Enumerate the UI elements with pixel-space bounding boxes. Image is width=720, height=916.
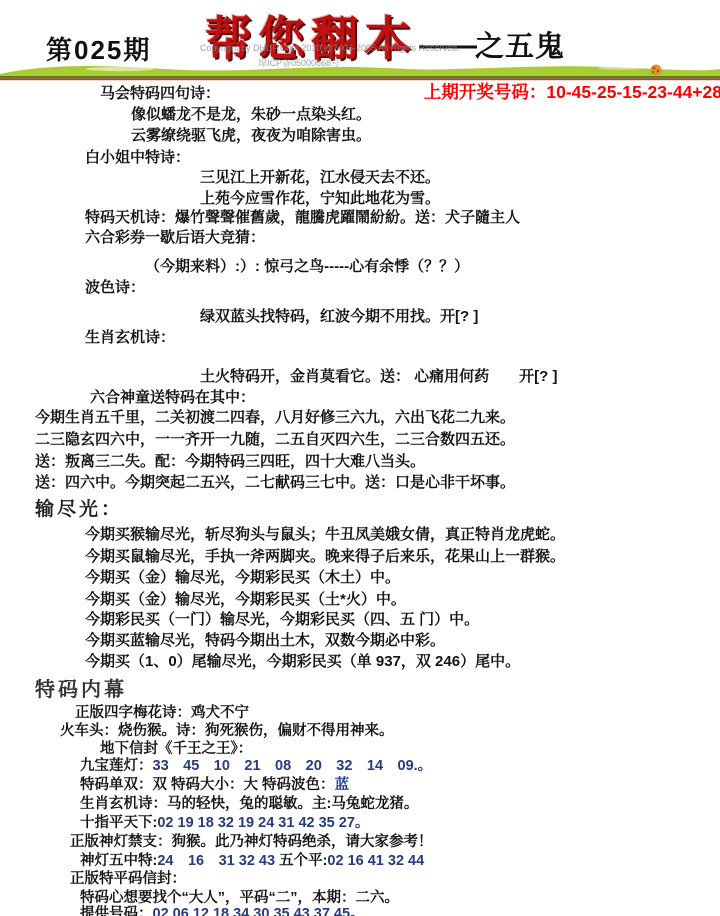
bai-poem-label: 白小姐中特诗： — [85, 146, 190, 167]
shujinguang-line: 今期买鼠输尽光，手执一斧两脚夹。晚来得子后来乐，花果山上一群猴。 — [85, 545, 565, 566]
shizhi-line: 十指平天下:02 19 18 32 19 24 31 42 35 27。 — [80, 811, 369, 832]
danshuang-label: 特码单双：双 特码大小：大 特码波色： — [80, 777, 335, 793]
bai-poem-line: 上苑今应雪作花，宁知此地花为雪。 — [200, 187, 440, 208]
shizhi-label: 十指平天下: — [80, 815, 157, 831]
tianji-poem-line: 特码天机诗：爆竹聲聲催舊歲，龍騰虎躍鬧紛紛。送：犬子隨主人 — [85, 206, 520, 227]
tepingma-heading-line: 正版特平码信封： — [70, 867, 186, 888]
jiubao-label: 九宝莲灯： — [80, 758, 153, 774]
xiehouyu-label: 六合彩券一歇后语大竞猜： — [85, 226, 265, 247]
shengxiao2-line: 生肖玄机诗：马的轻快，兔的聪敏。主:马兔蛇龙猪。 — [80, 792, 418, 813]
shentong-line: 送：四六中。今期突起二五兴，二七献码三七中。送：口是心非干坏事。 — [35, 471, 515, 492]
last-draw-result: 上期开奖号码：10-45-25-15-23-44+28 — [424, 79, 720, 104]
shentong-line: 今期生肖五千里，二关初渡二四春，八月好修三六九，六出飞花二九来。 — [35, 406, 515, 427]
band-highlight — [86, 67, 154, 71]
horse-poem-line: 云雾缭绕驱飞虎，夜夜为咱除害虫。 — [131, 124, 371, 145]
bose-poem-label: 波色诗： — [85, 276, 145, 297]
neimu-heading: 特码内幕 — [35, 673, 127, 702]
shujinguang-line: 今期彩民买（一门）输尽光，今期彩民买（四、五 门）中。 — [85, 608, 479, 629]
shengxiao-poem-line: 土火特码开，金肖莫看它。送： 心痛用何药 开[? ] — [200, 365, 558, 386]
danshuang-line: 特码单双：双 特码大小：大 特码波色：蓝 — [80, 773, 349, 794]
shujinguang-line: 今期买蓝输尽光，特码今期出土木，双数今期必中彩。 — [85, 629, 445, 650]
shizhi-numbers: 02 19 18 32 19 24 31 42 35 27。 — [157, 815, 369, 831]
jiubao-line: 九宝莲灯：33 45 10 21 08 20 32 14 09.。 — [80, 754, 432, 775]
shujinguang-line: 今期买（金）输尽光，今期彩民买（土*火）中。 — [85, 588, 406, 609]
shujinguang-line: 今期买（1、0）尾输尽光，今期彩民买（单 937，双 246）尾中。 — [85, 650, 520, 671]
tigong-line: 提供号码：02 06 12 18 34 30 35 43 37 45。 — [80, 902, 365, 916]
tigong-numbers: 02 06 12 18 34 30 35 43 37 45。 — [153, 906, 365, 916]
bai-poem-line: 三见江上开新花，江水侵天去不还。 — [200, 166, 440, 187]
ladybug-icon — [651, 65, 662, 76]
copyright-watermark: Copyright by DHCP.Com 2010 @2005-2005 Al… — [200, 43, 460, 53]
wugeping-numbers: 02 16 41 32 44 — [327, 853, 424, 869]
shengxiao-poem-label: 生肖玄机诗： — [85, 326, 175, 347]
shentong-line: 送：叛离三二失。配：今期特码三四旺，四十大难八当头。 — [35, 450, 425, 471]
shendeng-ban-line: 正版神灯禁支：狗猴。此乃神灯特码绝杀，请大家参考！ — [70, 830, 433, 851]
tigong-label: 提供号码： — [80, 906, 153, 916]
shujinguang-line: 今期买猴输尽光，斩尽狗头与鼠头；牛丑凤美娥女倩，真正特肖龙虎蛇。 — [85, 523, 565, 544]
bose-poem-line: 绿双蓝头找特码，红波今期不用找。开[? ] — [200, 305, 478, 326]
shentong-label: 六合神童送特码在其中： — [90, 386, 255, 407]
horse-poem-line: 像似蟠龙不是龙，朱砂一点染头红。 — [131, 103, 371, 124]
danshuang-color-value: 蓝 — [335, 777, 350, 793]
xiehouyu-line: （今期来料）:）: 惊弓之鸟-----心有余悸（？？） — [145, 255, 469, 276]
masthead-subtitle: 之五鬼 — [475, 24, 565, 65]
wugeping-label: 五个平: — [279, 853, 327, 869]
shentong-line: 二三隐玄四六中，一一齐开一九随，二五自灭四六生，二三合数四五还。 — [35, 428, 515, 449]
shujinguang-heading: 输尽光： — [35, 494, 123, 521]
jiubao-numbers: 33 45 10 21 08 20 32 14 09.。 — [153, 758, 433, 774]
shujinguang-line: 今期买（金）输尽光，今期彩民买（木土）中。 — [85, 566, 400, 587]
horse-poem-label: 马会特码四句诗： — [100, 82, 220, 103]
